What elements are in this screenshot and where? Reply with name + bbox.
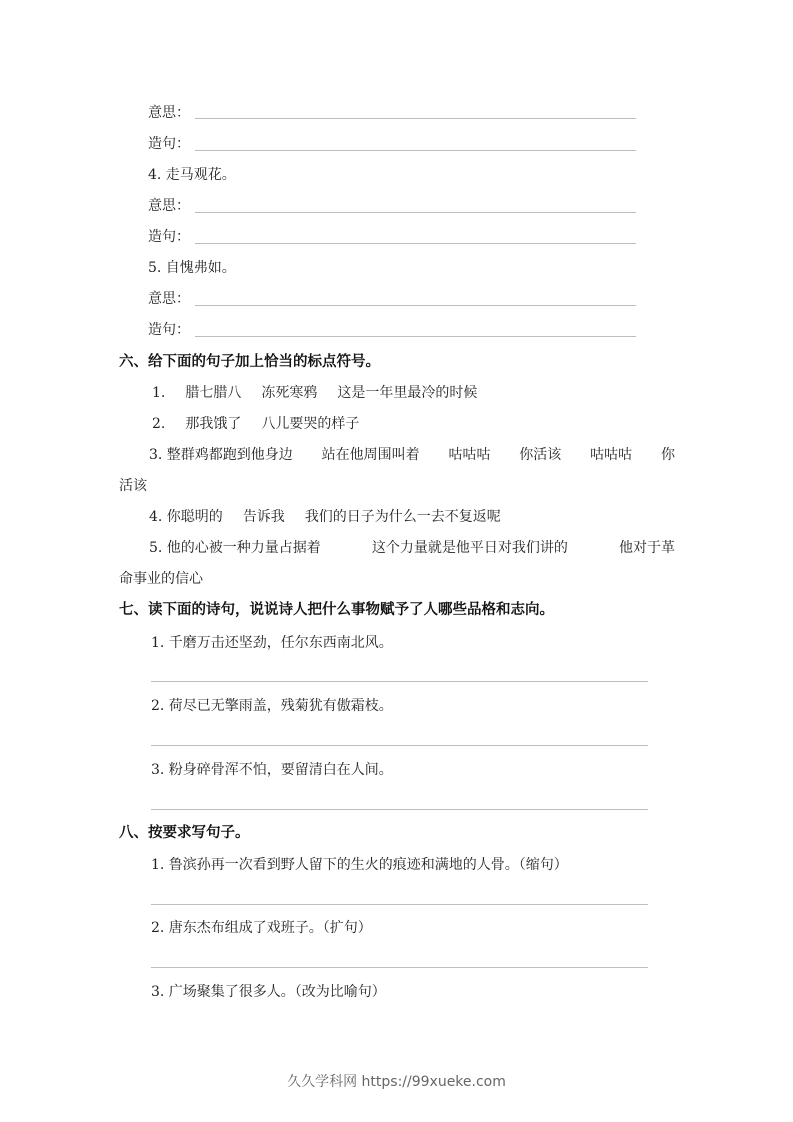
phrase: 你 [661, 446, 675, 464]
answer-line-poem-1[interactable] [151, 681, 648, 682]
item-number: 2. [152, 416, 165, 432]
phrase: 腊七腊八 [185, 385, 241, 401]
phrase: 告诉我 [243, 509, 285, 525]
answer-line-sentence-3[interactable] [195, 150, 636, 151]
punctuation-item-4: 4. 你聪明的告诉我我们的日子为什么一去不复返呢 [149, 508, 501, 526]
answer-line-meaning-4[interactable] [195, 212, 636, 213]
poem-item-2: 2. 荷尽已无擎雨盖，残菊犹有傲霜枝。 [151, 697, 393, 715]
answer-line-meaning-5[interactable] [195, 305, 636, 306]
phrase: 这个力量就是他平日对我们讲的 [372, 539, 568, 557]
rewrite-item-1: 1. 鲁滨孙再一次看到野人留下的生火的痕迹和满地的人骨。（缩句） [151, 856, 568, 874]
answer-line-poem-3[interactable] [151, 809, 648, 810]
punctuation-item-5: 5. 他的心被一种力量占据着 这个力量就是他平日对我们讲的 他对于革 [149, 539, 675, 557]
section-8-heading: 八、按要求写句子。 [119, 824, 250, 842]
phrase: 咕咕咕 [448, 446, 490, 464]
rewrite-item-2: 2. 唐东杰布组成了戏班子。（扩句） [151, 919, 372, 937]
section-7-heading: 七、读下面的诗句，说说诗人把什么事物赋予了人哪些品格和志向。 [119, 601, 554, 619]
meaning-label: 意思： [148, 290, 190, 308]
item-number: 1. [152, 385, 165, 401]
answer-line-rewrite-1[interactable] [151, 904, 648, 905]
phrase: 你活该 [519, 446, 561, 464]
phrase: 他对于革 [619, 539, 675, 557]
phrase: 3. 整群鸡都跑到他身边 [149, 446, 293, 464]
phrase: 5. 他的心被一种力量占据着 [149, 539, 321, 557]
answer-line-sentence-5[interactable] [195, 336, 636, 337]
phrase: 那我饿了 [185, 416, 241, 432]
meaning-label: 意思： [148, 104, 190, 122]
sentence-label: 造句： [148, 228, 190, 246]
phrase: 咕咕咕 [590, 446, 632, 464]
answer-line-sentence-4[interactable] [195, 243, 636, 244]
punctuation-item-2: 2.那我饿了八儿要哭的样子 [152, 415, 359, 433]
punctuation-item-3: 3. 整群鸡都跑到他身边 站在他周围叫着 咕咕咕 你活该 咕咕咕 你 [149, 446, 675, 464]
punctuation-item-1: 1.腊七腊八冻死寒鸦这是一年里最冷的时候 [152, 384, 477, 402]
punctuation-item-5-cont: 命事业的信心 [119, 570, 203, 588]
meaning-label: 意思： [148, 197, 190, 215]
answer-line-rewrite-2[interactable] [151, 967, 648, 968]
poem-item-3: 3. 粉身碎骨浑不怕，要留清白在人间。 [151, 761, 393, 779]
punctuation-item-3-cont: 活该 [119, 477, 147, 495]
phrase: 4. 你聪明的 [149, 509, 223, 525]
idiom-item-5: 5. 自愧弗如。 [148, 259, 236, 277]
sentence-label: 造句： [148, 321, 190, 339]
phrase: 八儿要哭的样子 [261, 416, 359, 432]
answer-line-poem-2[interactable] [151, 745, 648, 746]
phrase: 这是一年里最冷的时候 [337, 385, 477, 401]
rewrite-item-3: 3. 广场聚集了很多人。（改为比喻句） [151, 983, 386, 1001]
phrase: 站在他周围叫着 [322, 446, 420, 464]
answer-line-meaning-3[interactable] [195, 118, 636, 119]
idiom-item-4: 4. 走马观花。 [148, 166, 236, 184]
phrase: 我们的日子为什么一去不复返呢 [305, 509, 501, 525]
footer-watermark: 久久学科网 https://99xueke.com [0, 1071, 793, 1091]
section-6-heading: 六、给下面的句子加上恰当的标点符号。 [119, 353, 380, 371]
poem-item-1: 1. 千磨万击还坚劲，任尔东西南北风。 [151, 634, 393, 652]
phrase: 冻死寒鸦 [261, 385, 317, 401]
sentence-label: 造句： [148, 135, 190, 153]
